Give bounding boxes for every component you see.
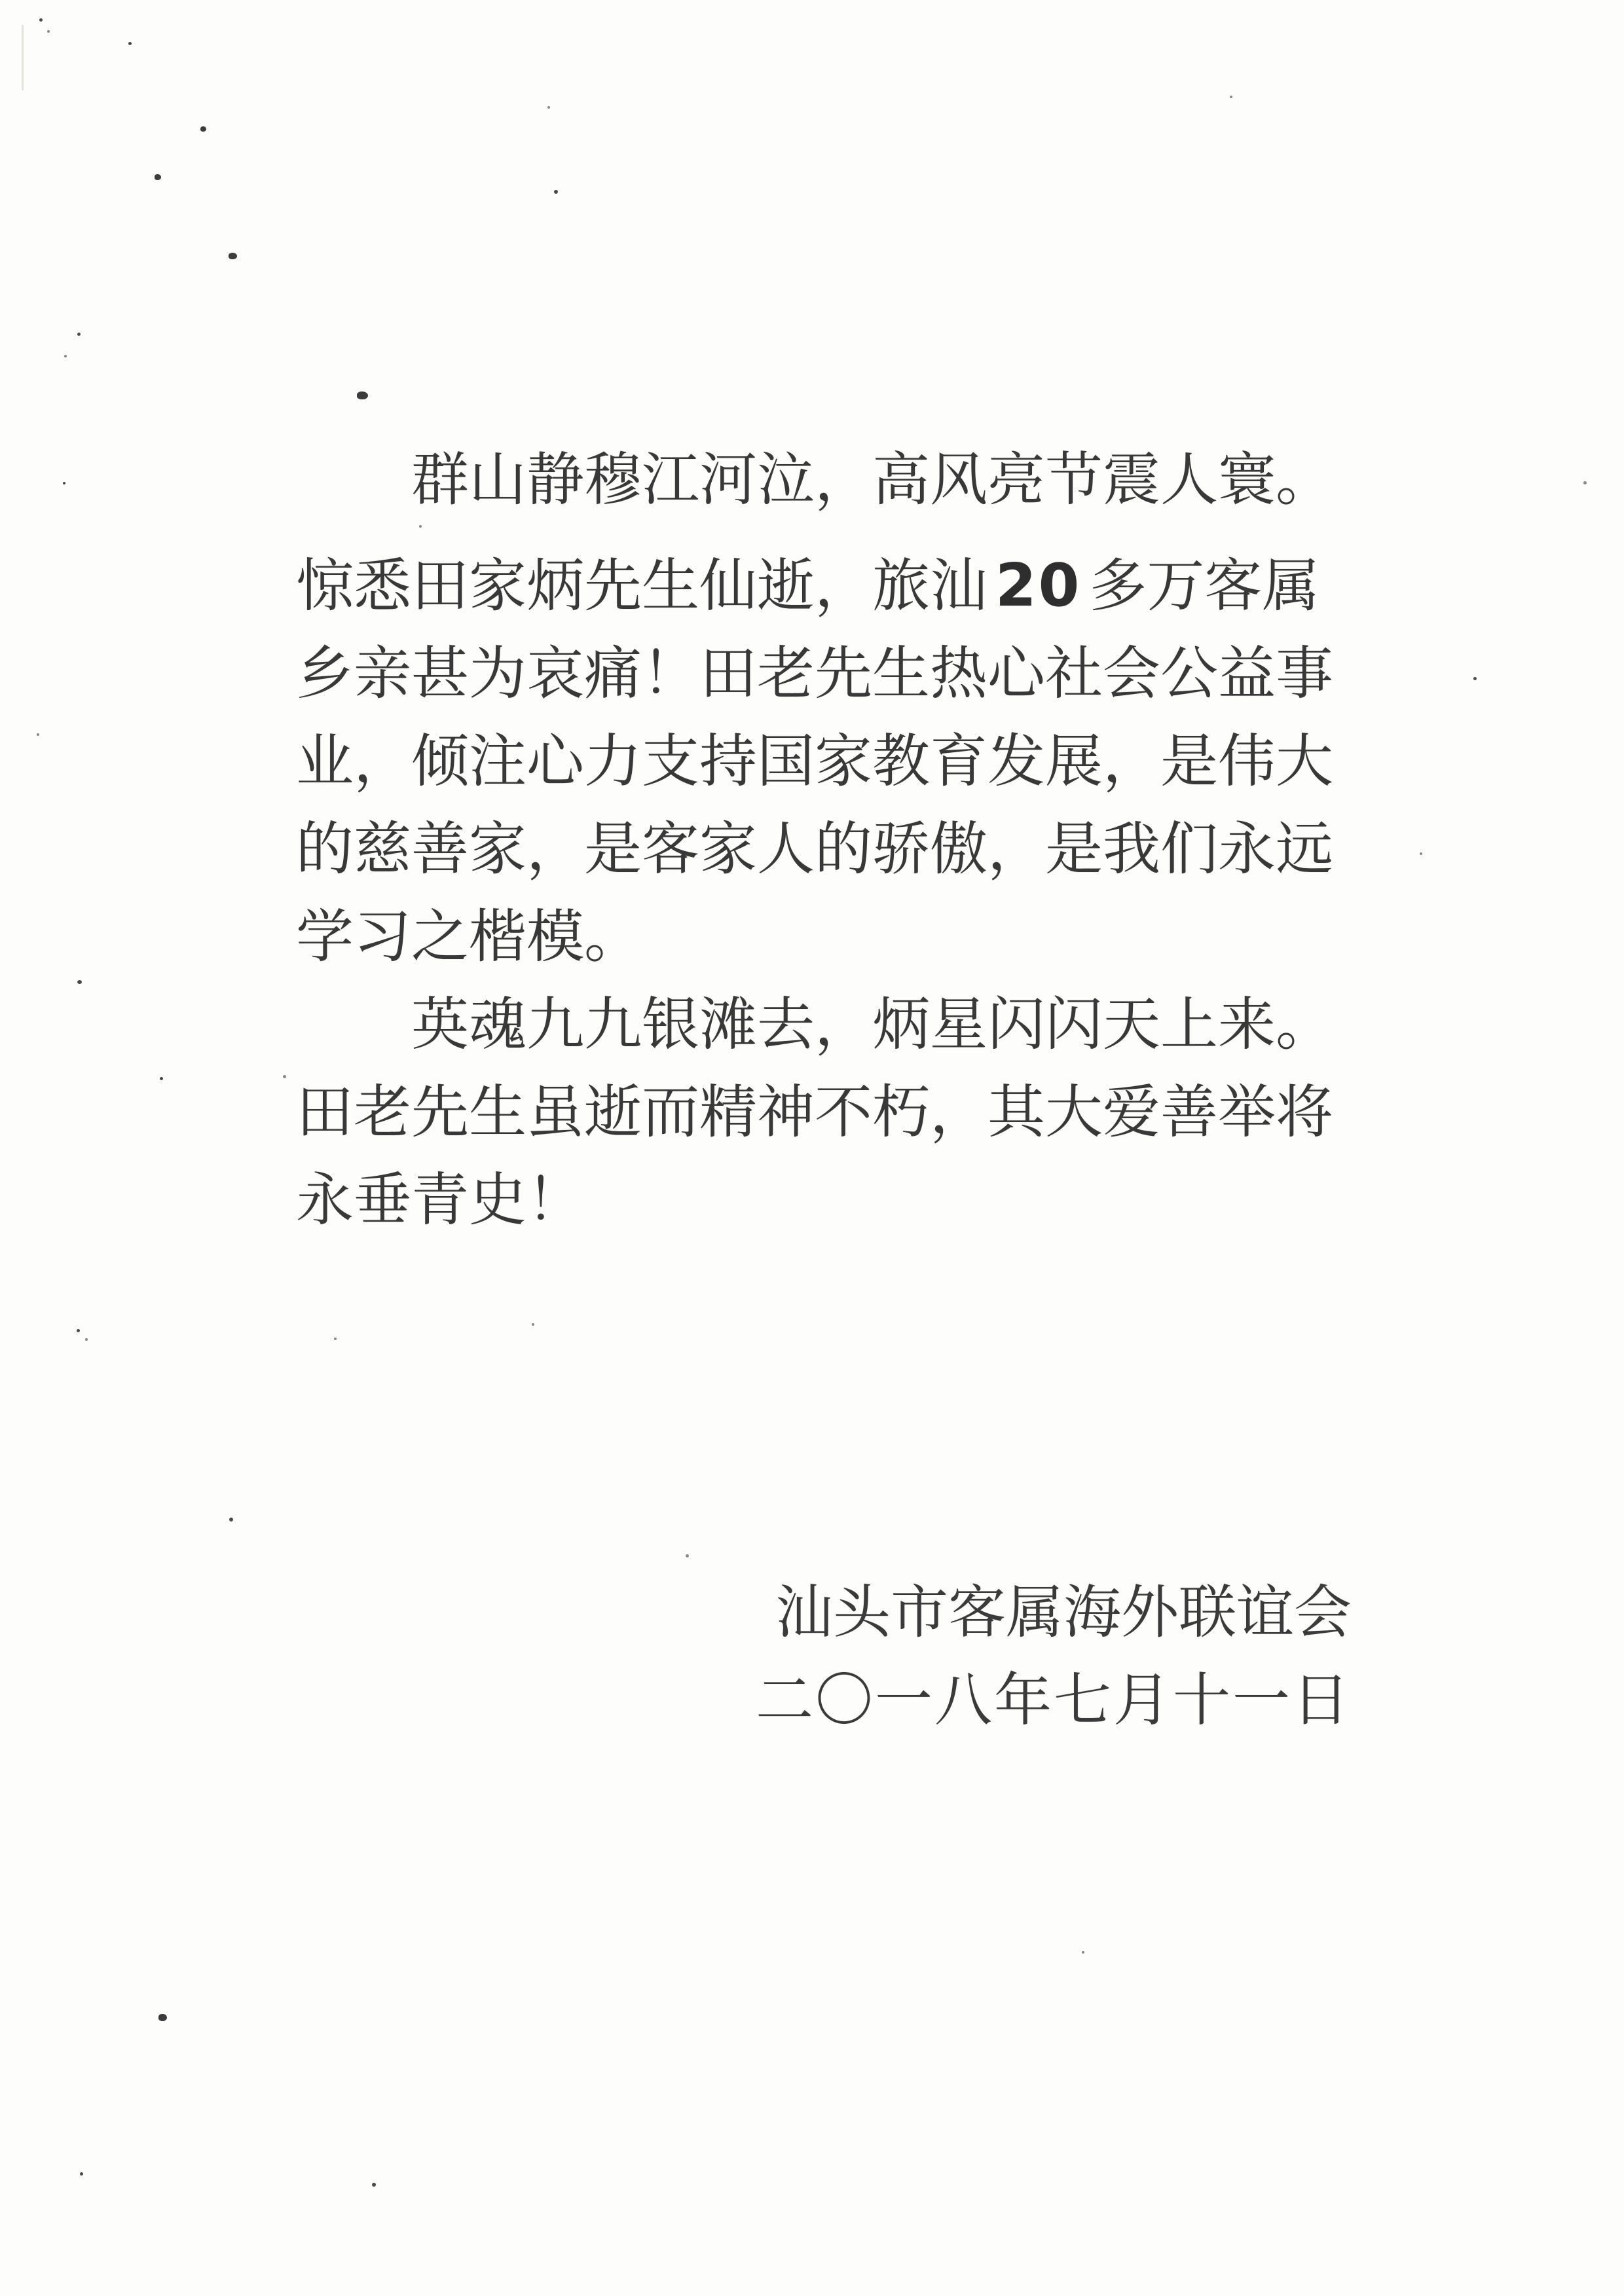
scan-speck — [77, 333, 81, 336]
scan-speck — [686, 1554, 689, 1558]
scan-speck — [39, 18, 43, 22]
text-segment: 业，倾注心力支持国家教育发展，是伟大 — [296, 731, 1333, 794]
scan-speck — [160, 1077, 163, 1080]
scan-speck — [1230, 96, 1232, 98]
scan-speck — [547, 106, 550, 109]
letter-line-9: 永垂青史！ — [296, 1157, 1352, 1245]
letter-line-3: 乡亲甚为哀痛！田老先生热心社会公益事 — [296, 631, 1352, 719]
scan-speck — [37, 733, 39, 736]
letter-body: 群山静穆江河泣，高风亮节震人寰。惊悉田家炳先生仙逝，旅汕20多万客属乡亲甚为哀痛… — [296, 437, 1352, 1245]
document-page: 群山静穆江河泣，高风亮节震人寰。惊悉田家炳先生仙逝，旅汕20多万客属乡亲甚为哀痛… — [0, 0, 1624, 2296]
letter-line-8: 田老先生虽逝而精神不朽，其大爱善举将 — [296, 1070, 1352, 1157]
scan-speck — [419, 525, 422, 528]
text-segment: 多万客属 — [1089, 555, 1319, 619]
scan-speck — [554, 190, 558, 194]
text-segment: 英魂九九银滩去，炳星闪闪天上来。 — [411, 994, 1333, 1057]
text-segment: 学习之楷模。 — [296, 906, 642, 970]
scan-speck — [77, 1329, 80, 1332]
text-segment: 的慈善家，是客家人的骄傲，是我们永远 — [296, 818, 1333, 882]
letter-line-1: 群山静穆江河泣，高风亮节震人寰。 — [296, 437, 1352, 525]
scan-speck — [229, 1518, 233, 1522]
letter-line-5: 的慈善家，是客家人的骄傲，是我们永远 — [296, 807, 1352, 894]
letter-line-2: 惊悉田家炳先生仙逝，旅汕20多万客属 — [296, 542, 1352, 631]
signature-block: 汕头市客属海外联谊会 二〇一八年七月十一日 — [296, 1570, 1352, 1745]
scan-speck — [283, 1075, 286, 1078]
scan-speck — [158, 2014, 167, 2021]
scan-speck — [357, 392, 368, 399]
scan-speck — [1473, 677, 1477, 680]
text-segment: 田老先生虽逝而精神不朽，其大爱善举将 — [296, 1082, 1333, 1145]
letter-line-4: 业，倾注心力支持国家教育发展，是伟大 — [296, 719, 1352, 807]
scan-speck — [80, 2172, 83, 2176]
signature-date: 二〇一八年七月十一日 — [296, 1658, 1352, 1745]
scan-speck — [200, 126, 206, 132]
scan-speck — [47, 30, 50, 33]
scan-speck — [64, 355, 67, 357]
scan-speck — [229, 253, 237, 259]
letter-line-6: 学习之楷模。 — [296, 894, 1352, 982]
organization-signature: 汕头市客属海外联谊会 — [296, 1570, 1352, 1658]
text-segment: 惊悉田家炳先生仙逝，旅汕 — [296, 555, 987, 619]
text-segment: 群山静穆江河泣，高风亮节震人寰。 — [411, 449, 1333, 513]
paper-edge-artifact — [22, 25, 24, 90]
text-segment: 乡亲甚为哀痛！田老先生热心社会公益事 — [296, 643, 1333, 706]
scan-speck — [85, 1338, 88, 1341]
scan-speck — [63, 482, 65, 484]
scan-speck — [1082, 1951, 1084, 1954]
text-segment: 永垂青史！ — [296, 1169, 584, 1233]
scan-speck — [128, 42, 132, 45]
scan-speck — [77, 980, 82, 984]
letter-line-7: 英魂九九银滩去，炳星闪闪天上来。 — [296, 982, 1352, 1070]
scan-speck — [372, 2183, 376, 2187]
scan-speck — [155, 174, 161, 180]
scan-speck — [532, 1323, 534, 1326]
scan-speck — [1420, 852, 1422, 855]
scan-speck — [334, 1338, 337, 1340]
numeral-segment: 20 — [995, 551, 1081, 620]
scan-speck — [1583, 481, 1587, 484]
